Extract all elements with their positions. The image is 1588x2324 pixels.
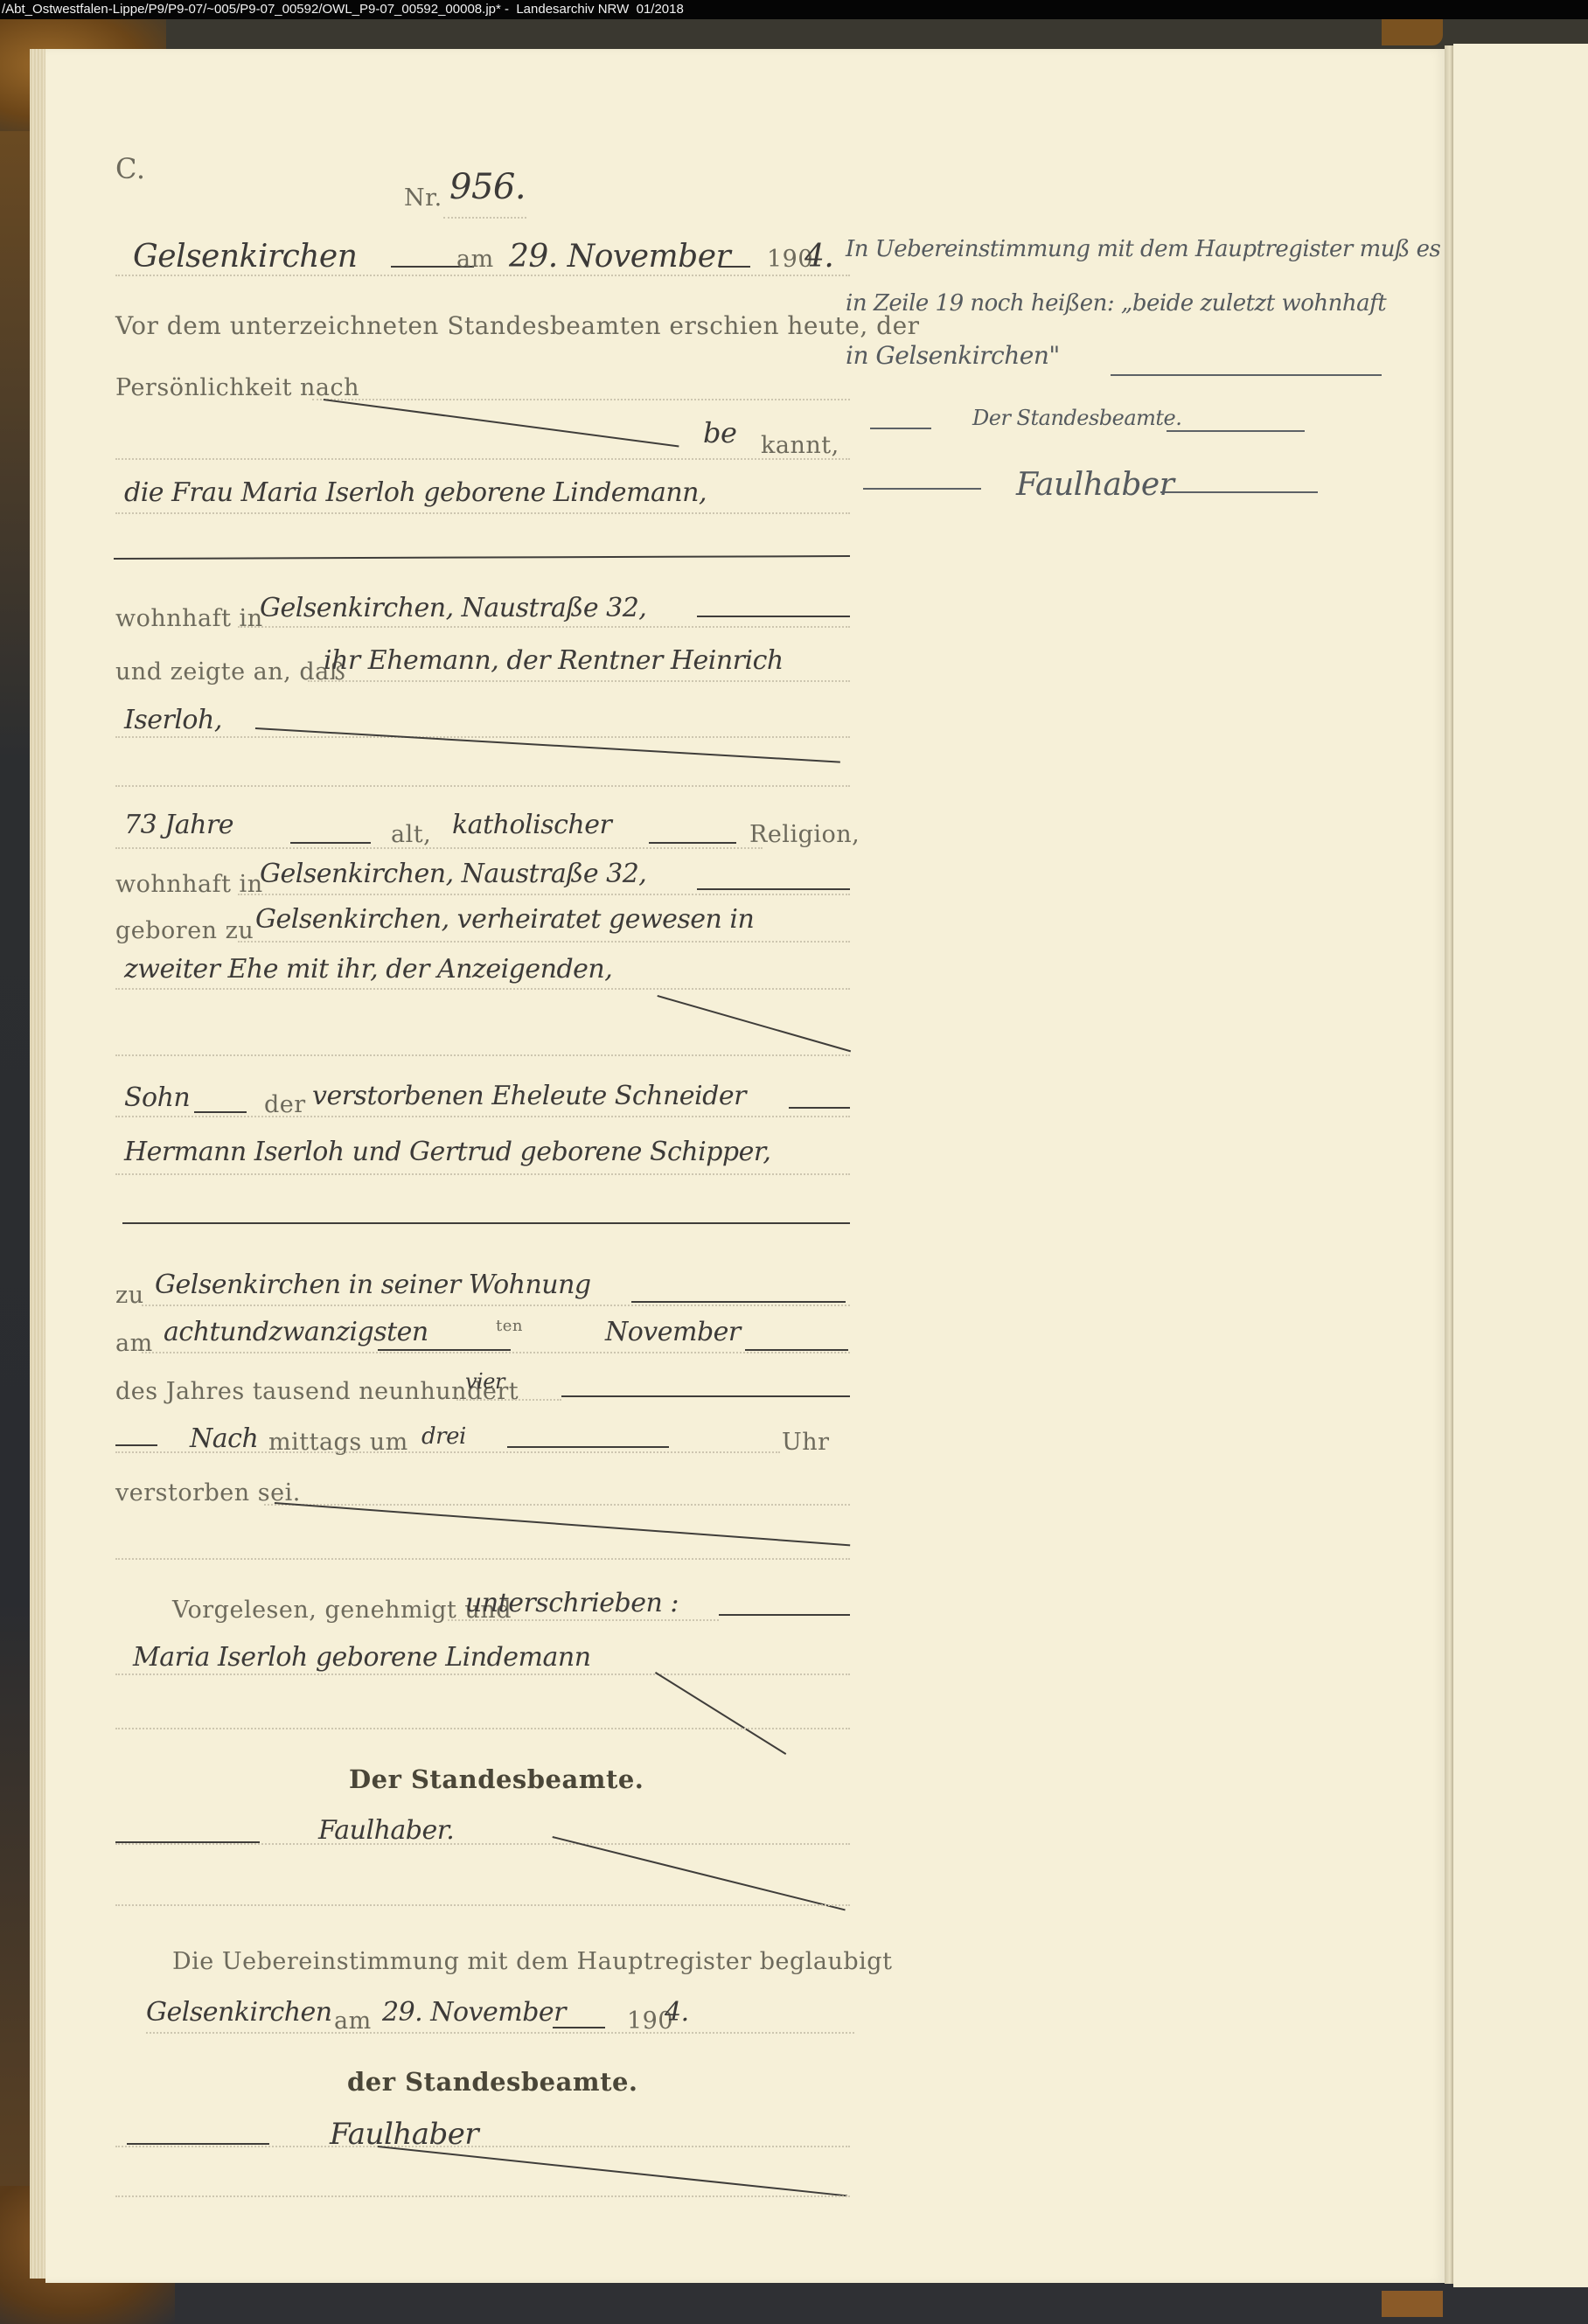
fill-stroke xyxy=(631,1301,846,1303)
margin-note-line-3: in Gelsenkirchen" xyxy=(846,341,1060,370)
register-page: C. Nr. 956. Gelsenkirchen am 29. Novembe… xyxy=(45,49,1445,2283)
leather-corner-bottom-right xyxy=(1382,2291,1443,2317)
window-title-bar: /Abt_Ostwestfalen-Lippe/P9/P9-07/~005/P9… xyxy=(0,0,1588,19)
parents-value-3: Hermann Iserloh und Gertrud geborene Sch… xyxy=(124,1137,770,1167)
religion-label: Religion, xyxy=(749,821,860,848)
rule xyxy=(448,1619,719,1621)
strikeout-line xyxy=(655,1672,786,1755)
header-date: 29. November xyxy=(509,239,730,275)
certification-am: am xyxy=(334,2007,372,2035)
margin-fill-stroke xyxy=(863,488,981,490)
residence-label: wohnhaft in xyxy=(115,605,263,632)
strikeout-line xyxy=(275,1502,850,1546)
rule xyxy=(142,1352,850,1353)
report-value-cont: Iserloh, xyxy=(124,705,222,735)
death-time-prefix: Nach xyxy=(190,1423,258,1454)
rule xyxy=(115,847,763,849)
certification-title: der Standesbeamte. xyxy=(347,2067,638,2097)
death-place-value: Gelsenkirchen in seiner Wohnung xyxy=(155,1270,591,1300)
identity-suffix: kannt, xyxy=(761,432,839,459)
death-day-suffix: ten xyxy=(496,1317,523,1335)
strikeout-line xyxy=(378,2146,847,2196)
form-letter: C. xyxy=(115,152,146,185)
fill-stroke xyxy=(290,842,371,844)
identity-value: be xyxy=(703,416,736,449)
strikeout-line xyxy=(255,727,840,763)
window-title: /Abt_Ostwestfalen-Lippe/P9/P9-07/~005/P9… xyxy=(2,2,684,17)
fill-stroke xyxy=(789,1107,850,1109)
rule xyxy=(115,1843,850,1845)
rule xyxy=(115,1904,850,1906)
informant-signature: Maria Iserloh geborene Lindemann xyxy=(133,1642,591,1673)
fill-stroke xyxy=(115,1444,157,1446)
parents-value: Sohn xyxy=(124,1082,190,1113)
rule xyxy=(443,217,526,219)
certification-year-suffix: 4. xyxy=(665,1997,689,2028)
rule xyxy=(312,399,850,400)
margin-fill-stroke xyxy=(1160,491,1318,493)
age-value: 73 Jahre xyxy=(124,810,233,840)
birth-label: geboren zu xyxy=(115,917,254,944)
fill-stroke xyxy=(561,1395,850,1397)
rule xyxy=(115,1116,850,1117)
fill-stroke xyxy=(122,1222,850,1224)
report-value: ihr Ehemann, der Rentner Heinrich xyxy=(324,645,784,676)
next-page xyxy=(1453,44,1588,2287)
identity-label: Persönlichkeit nach xyxy=(115,374,359,401)
fill-stroke xyxy=(507,1446,669,1448)
birth-value-cont: zweiter Ehe mit ihr, der Anzeigenden, xyxy=(124,954,612,985)
parents-label: der xyxy=(264,1091,306,1118)
rule xyxy=(115,458,850,460)
header-place: Gelsenkirchen xyxy=(133,239,357,275)
fill-stroke xyxy=(194,1111,247,1113)
rule xyxy=(115,785,850,787)
death-year-value: vier xyxy=(465,1369,505,1394)
certification-place: Gelsenkirchen xyxy=(146,1997,332,2028)
strikeout-line xyxy=(553,1836,846,1910)
rule xyxy=(115,2195,850,2197)
birth-value: Gelsenkirchen, verheiratet gewesen in xyxy=(255,904,754,935)
age-label: alt, xyxy=(391,821,431,848)
page-stack-edges xyxy=(30,49,47,2279)
approval-value: unterschrieben : xyxy=(465,1588,679,1618)
margin-note-line-2: in Zeile 19 noch heißen: „beide zuletzt … xyxy=(846,290,1386,317)
margin-note-line-1: In Uebereinstimmung mit dem Hauptregiste… xyxy=(846,236,1440,262)
fill-stroke xyxy=(127,2143,269,2145)
margin-note-signature: Faulhaber xyxy=(1016,467,1174,503)
rule xyxy=(238,626,850,628)
death-day-value: achtundzwanzigsten xyxy=(164,1317,428,1347)
fill-stroke xyxy=(745,1349,848,1351)
rule xyxy=(456,1399,561,1401)
deceased-residence-value: Gelsenkirchen, Naustraße 32, xyxy=(260,859,646,889)
rule xyxy=(308,680,850,682)
certification-text: Die Uebereinstimmung mit dem Hauptregist… xyxy=(172,1948,892,1975)
fill-stroke xyxy=(378,1349,511,1351)
rule xyxy=(115,2146,850,2147)
intro-line: Vor dem unterzeichneten Standesbeamten e… xyxy=(115,311,920,340)
rule xyxy=(146,2032,854,2034)
fill-stroke xyxy=(553,2027,605,2028)
religion-value: katholischer xyxy=(452,810,611,840)
margin-fill-stroke xyxy=(1111,374,1382,376)
certification-date: 29. November xyxy=(382,1997,566,2028)
rule xyxy=(264,1504,850,1506)
rule xyxy=(115,1173,850,1175)
entry-number: 956. xyxy=(449,167,526,207)
death-time-suffix: Uhr xyxy=(782,1429,830,1456)
registrar-title: Der Standesbeamte. xyxy=(349,1764,644,1794)
rule xyxy=(115,1558,850,1560)
registrar-signature: Faulhaber. xyxy=(318,1815,454,1846)
header-year-suffix: 4. xyxy=(804,239,833,275)
rule xyxy=(115,988,850,990)
rule xyxy=(115,736,850,738)
rule xyxy=(115,1451,780,1453)
fill-stroke xyxy=(649,842,736,844)
rule xyxy=(142,1305,850,1306)
rule xyxy=(115,1728,850,1729)
page-gutter xyxy=(1445,45,1453,2284)
rule xyxy=(238,941,850,943)
death-time-value: drei xyxy=(421,1423,466,1450)
death-year-label: des Jahres tausend neunhundert xyxy=(115,1378,519,1405)
fill-stroke xyxy=(114,555,850,560)
rule xyxy=(115,275,850,276)
fill-stroke xyxy=(719,1614,850,1616)
rule xyxy=(115,512,850,514)
rule xyxy=(115,1054,850,1056)
strikeout-line xyxy=(657,995,851,1052)
fill-stroke xyxy=(719,266,750,268)
residence-value: Gelsenkirchen, Naustraße 32, xyxy=(260,593,646,623)
rule xyxy=(238,894,850,895)
parents-value-2: verstorbenen Eheleute Schneider xyxy=(312,1081,746,1111)
fill-stroke xyxy=(697,888,850,890)
leather-corner-top-right xyxy=(1382,19,1443,45)
death-closing: verstorben sei. xyxy=(115,1479,301,1506)
margin-fill-stroke xyxy=(870,428,931,429)
margin-note-title: Der Standesbeamte. xyxy=(972,406,1181,430)
rule xyxy=(115,1673,850,1675)
fill-stroke xyxy=(697,616,850,617)
number-label: Nr. xyxy=(404,184,442,212)
death-place-label: zu xyxy=(115,1282,144,1309)
margin-fill-stroke xyxy=(1167,430,1305,432)
header-am-label: am xyxy=(456,246,494,273)
death-month-value: November xyxy=(605,1317,741,1347)
strikeout-line xyxy=(324,399,679,447)
informant-name: die Frau Maria Iserloh geborene Lindeman… xyxy=(124,477,707,508)
leather-spine-left xyxy=(0,131,31,2230)
